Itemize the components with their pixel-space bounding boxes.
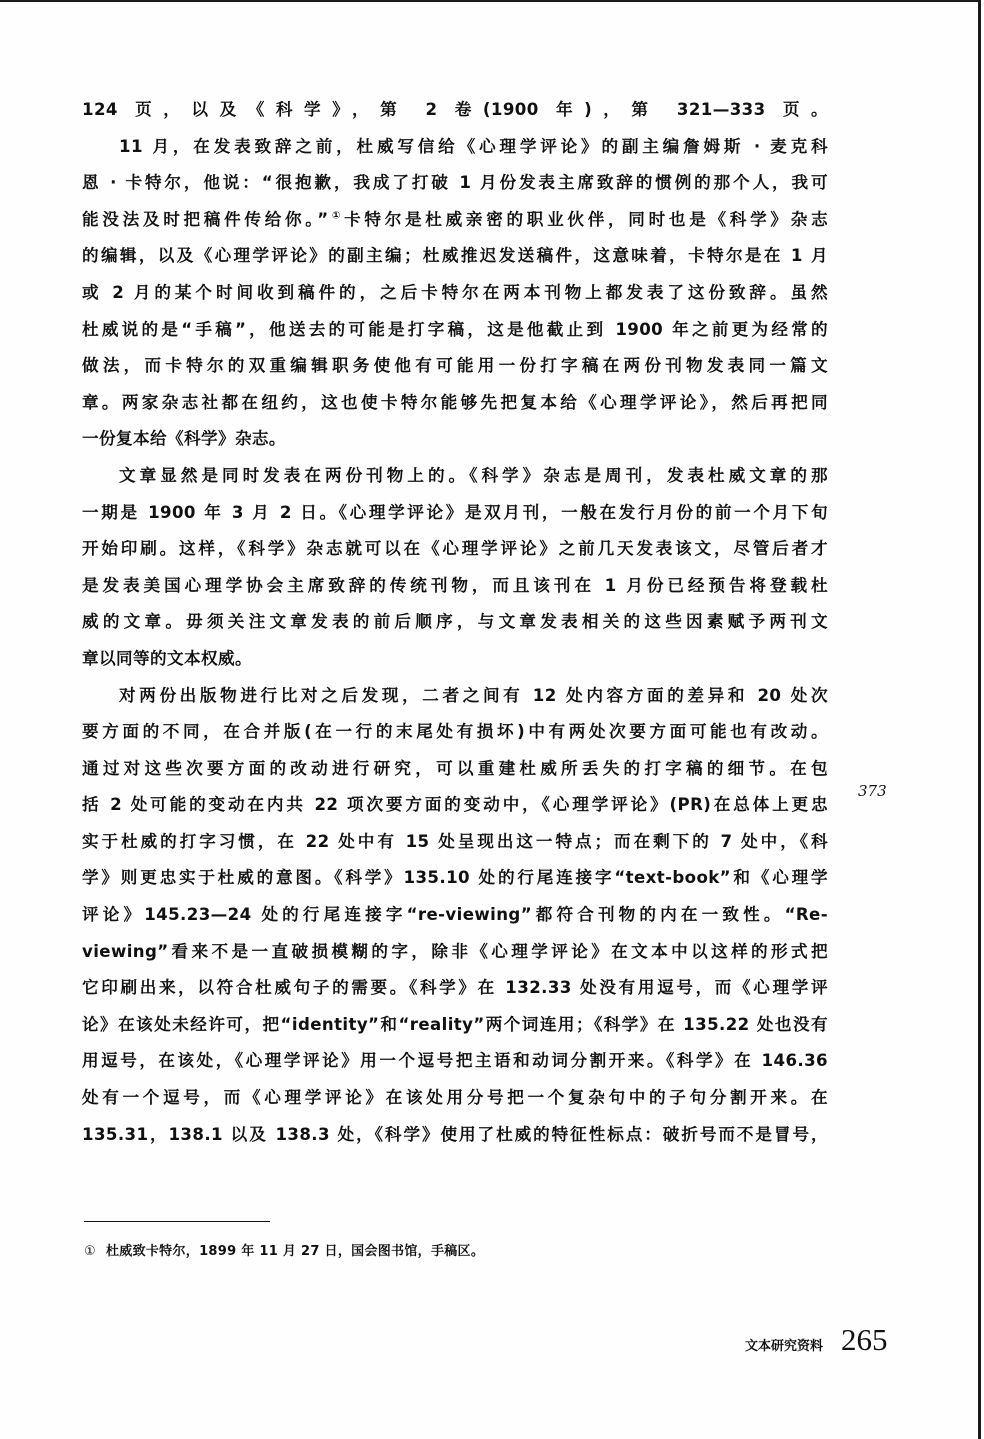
- text-line: 的编辑，以及《心理学评论》的副主编；杜威推迟发送稿件，这意味着，卡特尔是在 1 …: [82, 238, 828, 275]
- text-line: 对两份出版物进行比对之后发现，二者之间有 12 处内容方面的差异和 20 处次: [82, 678, 828, 715]
- text-line: 通过对这些次要方面的改动进行研究，可以重建杜威所丢失的打字稿的细节。在包: [82, 751, 828, 788]
- text-line-with-footnote: 能没法及时把稿件传给你。”①卡特尔是杜威亲密的职业伙伴，同时也是《科学》杂志: [82, 202, 828, 239]
- text-line: 用逗号，在该处，《心理学评论》用一个逗号把主语和动词分割开来。《科学》在 146…: [82, 1043, 828, 1080]
- text-line: viewing”看来不是一直破损模糊的字，除非《心理学评论》在文本中以这样的形式…: [82, 934, 828, 971]
- text-line: 杜威说的是“手稿”，他送去的可能是打字稿，这是他截止到 1900 年之前更为经常…: [82, 312, 828, 349]
- text-line: 章以同等的文本权威。: [82, 641, 828, 678]
- page-number: 265: [841, 1322, 888, 1358]
- text-line: 要方面的不同，在合并版(在一行的末尾处有损坏)中有两处次要方面可能也有改动。: [82, 714, 828, 751]
- text-line: 11 月，在发表致辞之前，杜威写信给《心理学评论》的副主编詹姆斯 · 麦克科: [82, 129, 828, 166]
- footnote-divider: [84, 1221, 270, 1222]
- text-line: 是发表美国心理学协会主席致辞的传统刊物，而且该刊在 1 月份已经预告将登载杜: [82, 568, 828, 605]
- footnote-mark: ①: [84, 1244, 96, 1259]
- text-line: 括 2 处可能的变动在内共 22 项次要方面的变动中，《心理学评论》(PR)在总…: [82, 787, 828, 824]
- text-line: 章。两家杂志社都在纽约，这也使卡特尔能够先把复本给《心理学评论》，然后再把同: [82, 385, 828, 422]
- running-title: 文本研究资料: [745, 1335, 823, 1354]
- text-line: 一期是 1900 年 3 月 2 日。《心理学评论》是双月刊，一般在发行月份的前…: [82, 495, 828, 532]
- text-line: 威的文章。毋须关注文章发表的前后顺序，与文章发表相关的这些因素赋予两刊文: [82, 604, 828, 641]
- margin-page-reference: 373: [858, 782, 887, 800]
- text-line: 135.31，138.1 以及 138.3 处，《科学》使用了杜威的特征性标点：…: [82, 1117, 828, 1154]
- footnote-reference[interactable]: ①: [329, 210, 344, 221]
- text-line: 做法，而卡特尔的双重编辑职务使他有可能用一份打字稿在两份刊物发表同一篇文: [82, 348, 828, 385]
- text-line: 论》在该处未经许可，把“identity”和“reality”两个词连用；《科学…: [82, 1007, 828, 1044]
- text-line: 它印刷出来，以符合杜威句子的需要。《科学》在 132.33 处没有用逗号，而《心…: [82, 970, 828, 1007]
- footnote: ①杜威致卡特尔，1899 年 11 月 27 日，国会图书馆，手稿区。: [84, 1240, 484, 1259]
- text-segment: 能没法及时把稿件传给你。”: [82, 210, 329, 229]
- text-line: 124 页，以及《科学》，第 2 卷(1900 年)，第 321—333 页。: [82, 92, 828, 129]
- text-segment: 卡特尔是杜威亲密的职业伙伴，同时也是《科学》杂志: [344, 210, 828, 229]
- book-page: 124 页，以及《科学》，第 2 卷(1900 年)，第 321—333 页。 …: [0, 0, 981, 1439]
- text-line: 恩 · 卡特尔，他说：“很抱歉，我成了打破 1 月份发表主席致辞的惯例的那个人，…: [82, 165, 828, 202]
- text-line: 实于杜威的打字习惯，在 22 处中有 15 处呈现出这一特点；而在剩下的 7 处…: [82, 824, 828, 861]
- text-line: 或 2 月的某个时间收到稿件的，之后卡特尔在两本刊物上都发表了这份致辞。虽然: [82, 275, 828, 312]
- text-line: 开始印刷。这样，《科学》杂志就可以在《心理学评论》之前几天发表该文，尽管后者才: [82, 531, 828, 568]
- running-footer: 文本研究资料 265: [745, 1322, 888, 1358]
- body-text: 124 页，以及《科学》，第 2 卷(1900 年)，第 321—333 页。 …: [82, 92, 828, 1153]
- text-line: 学》则更忠实于杜威的意图。《科学》135.10 处的行尾连接字“text-boo…: [82, 860, 828, 897]
- footnote-text: 杜威致卡特尔，1899 年 11 月 27 日，国会图书馆，手稿区。: [106, 1244, 484, 1259]
- text-line: 评论》145.23—24 处的行尾连接字“re-viewing”都符合刊物的内在…: [82, 897, 828, 934]
- text-line: 处有一个逗号，而《心理学评论》在该处用分号把一个复杂句中的子句分割开来。在: [82, 1080, 828, 1117]
- text-line: 文章显然是同时发表在两份刊物上的。《科学》杂志是周刊，发表杜威文章的那: [82, 458, 828, 495]
- text-line: 一份复本给《科学》杂志。: [82, 421, 828, 458]
